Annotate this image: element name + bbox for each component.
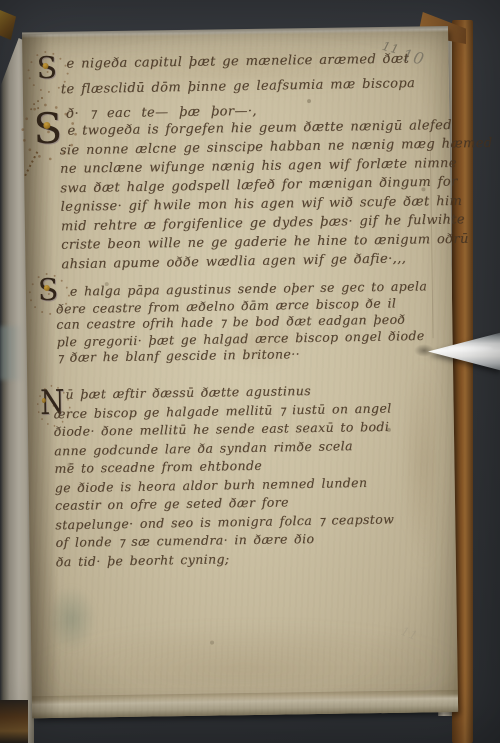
decorated-initial-1: S (36, 54, 57, 84)
gilt-dot (44, 285, 50, 291)
binding-corner-bottom-left (0, 700, 28, 743)
pointer-body (428, 332, 500, 371)
book-snake-pointer (428, 332, 500, 371)
gilt-dot (42, 63, 48, 69)
binding-corner-top-left (0, 10, 16, 40)
decorated-initial-3: S (38, 276, 59, 306)
gilt-dot (42, 398, 46, 403)
initial-tail-flourish (24, 151, 39, 177)
paragraph-3: e halga pāpa agustinus sende oþer se gec… (56, 278, 428, 366)
gilt-dot (43, 122, 50, 129)
manuscript-photo-stage: 11 10 11 S S S N e nigeða capitul þæt ge… (0, 0, 500, 743)
paragraph-4: ū þæt æftir ðæssū ðætte agustinus ærce b… (53, 381, 395, 571)
parchment-specks (22, 34, 24, 36)
decorated-initial-2: S (33, 108, 62, 150)
paragraph-2: e twogeða is forgefen hie geum ðætte næn… (59, 115, 494, 273)
facing-leaf-glimpse (0, 326, 24, 380)
pointer-gloss-highlight (448, 346, 493, 351)
paragraph-1: e nigeða capitul þæt ge mænelice aræmed … (60, 46, 415, 126)
manuscript-page: 11 10 11 S S S N e nigeða capitul þæt ge… (22, 28, 458, 718)
